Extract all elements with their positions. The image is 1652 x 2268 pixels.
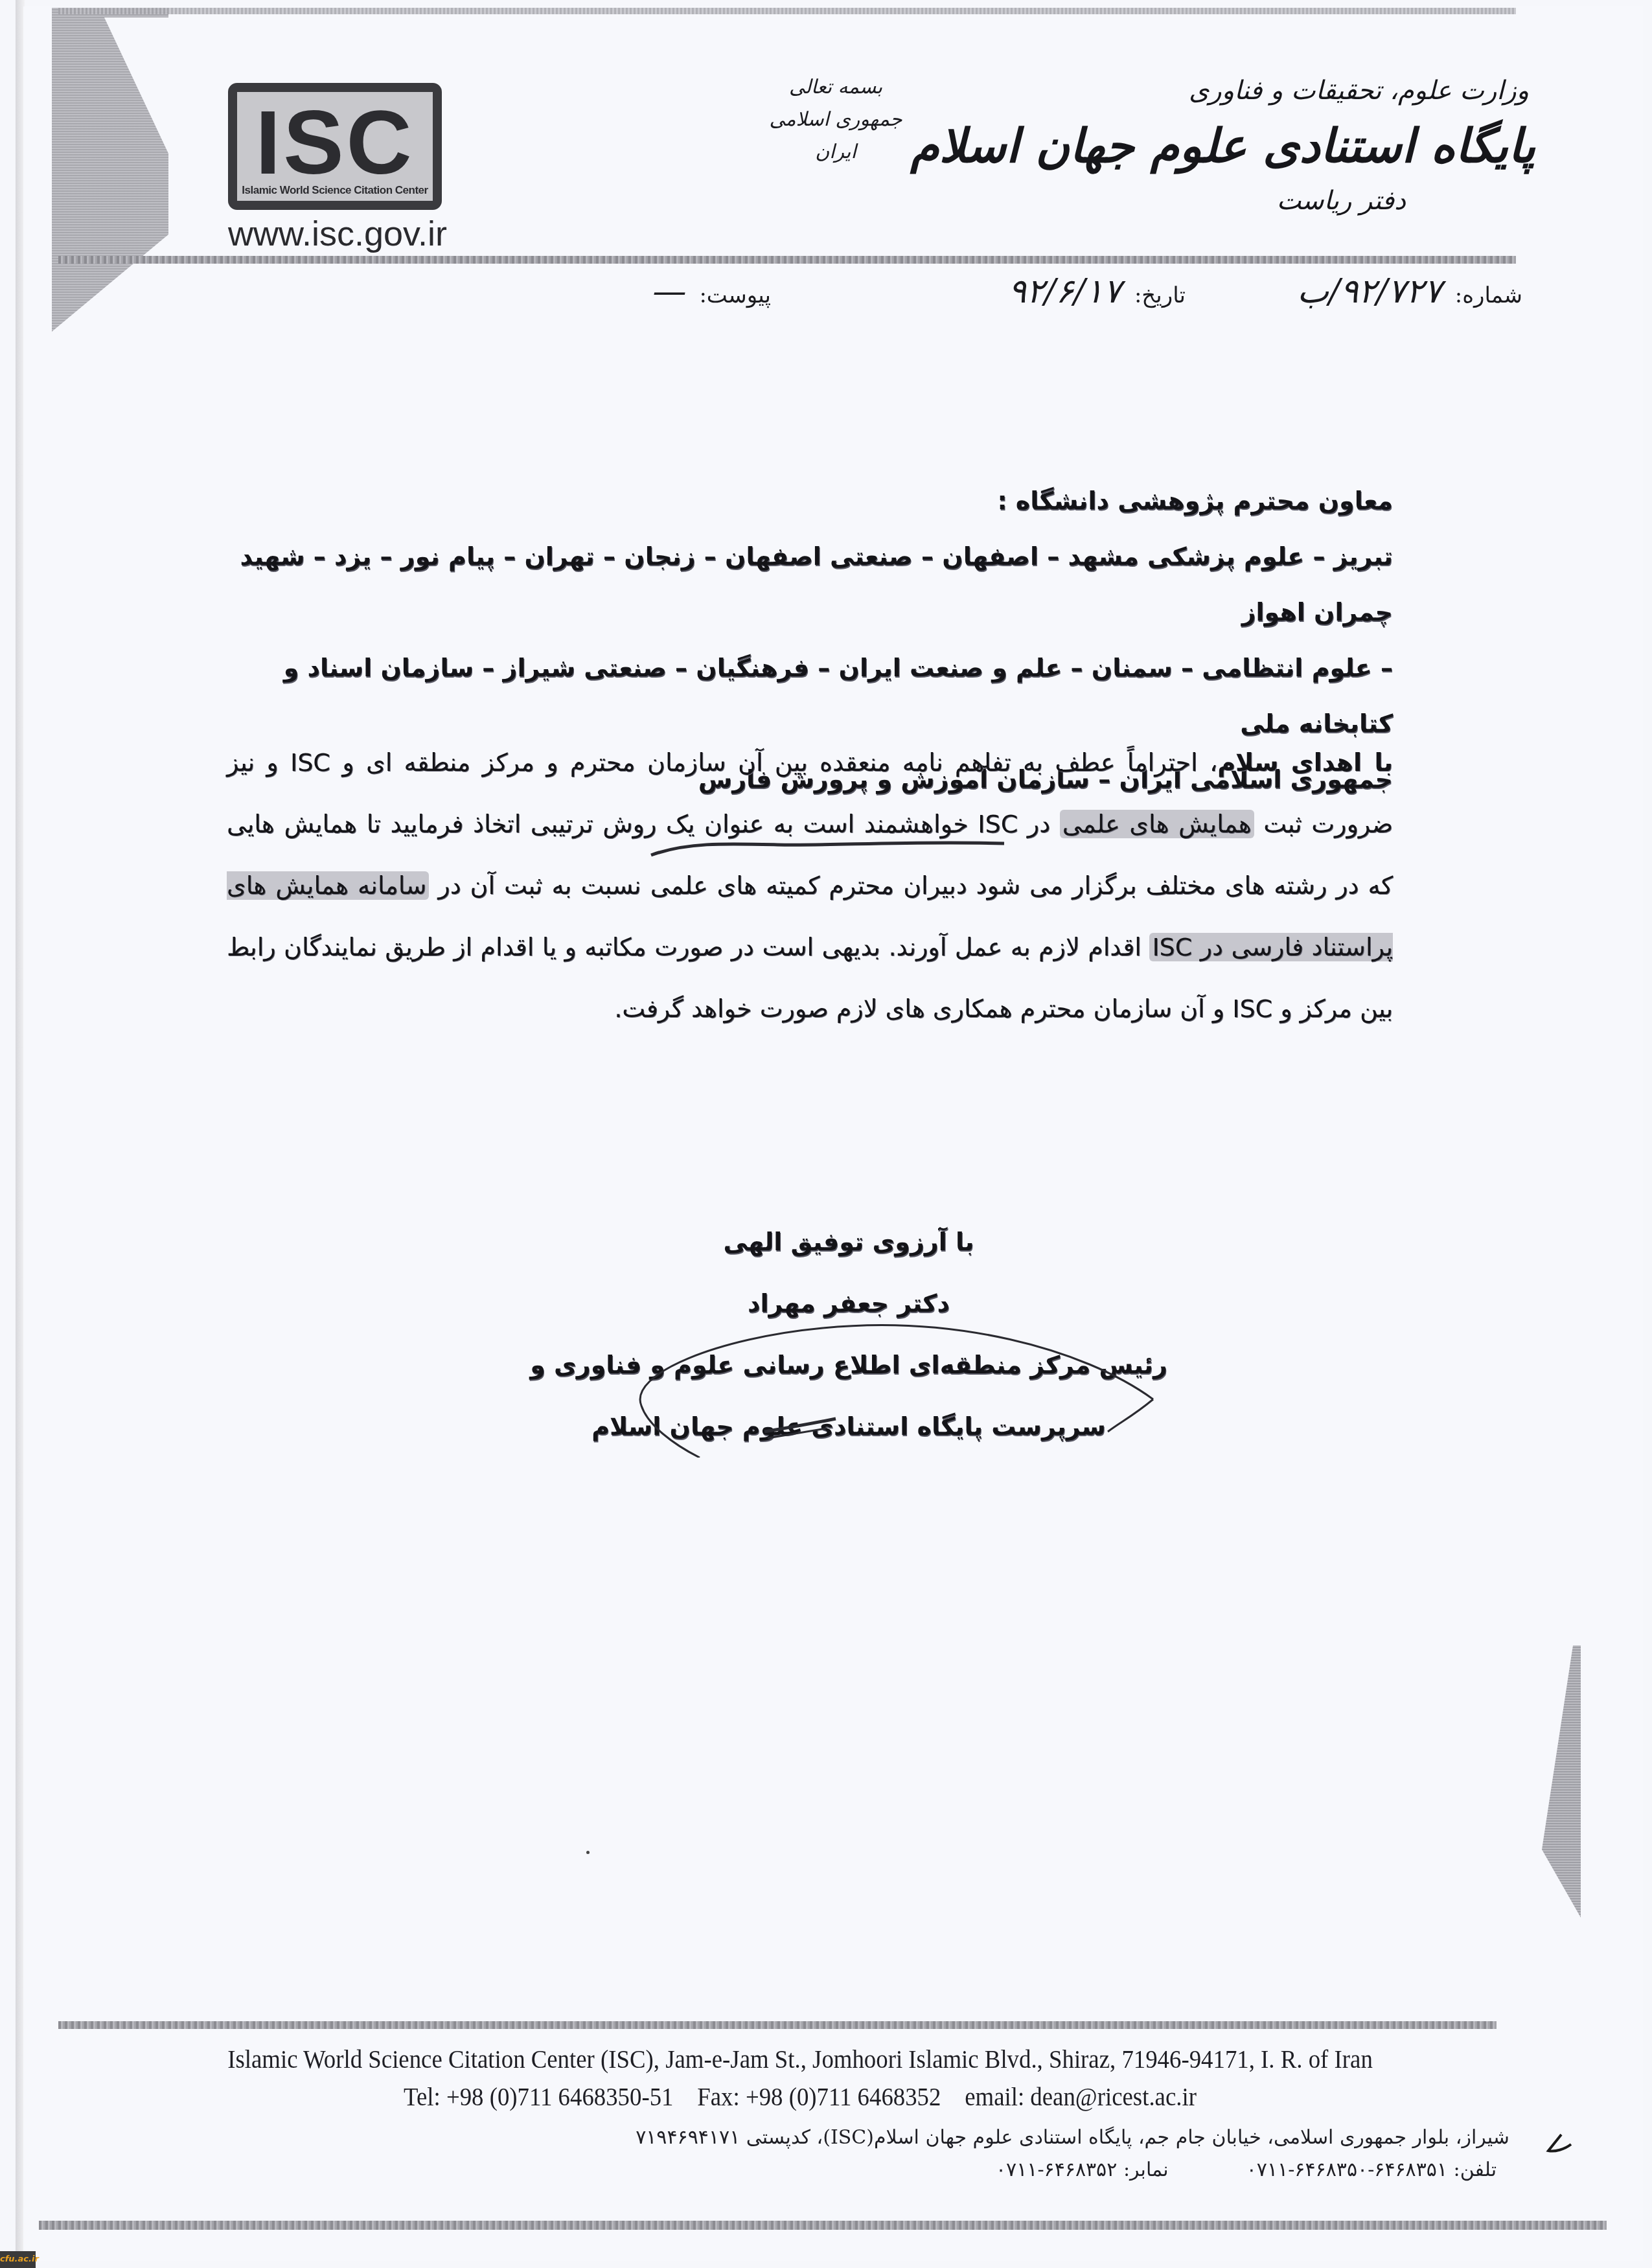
organization-name: پایگاه استنادی علوم جهان اسلام bbox=[910, 110, 1535, 181]
letter-body: با اهدای سلام، احتراماً عطف به تفاهم نام… bbox=[227, 732, 1393, 1040]
footer-phone-row-fa: تلفن: ۶۴۶۸۳۵۱-۶۴۶۸۳۵۰-۰۷۱۱ نمابر: ۶۴۶۸۳۵… bbox=[636, 2154, 1509, 2186]
footer-divider bbox=[58, 2021, 1497, 2029]
scan-speck bbox=[586, 1851, 590, 1854]
scan-shadow-top bbox=[58, 8, 1516, 14]
addressee-line-1: تبریز – علوم پزشکی مشهد – اصفهان – صنعتی… bbox=[227, 529, 1393, 640]
isc-logo: ISC Islamic World Science Citation Cente… bbox=[228, 83, 442, 210]
footer-fax-fa: نمابر: ۶۴۶۸۳۵۲-۰۷۱۱ bbox=[996, 2154, 1169, 2186]
ministry-name: وزارت علوم، تحقیقات و فناوری bbox=[910, 71, 1529, 110]
underline-mark bbox=[648, 836, 1011, 862]
highlighted-phrase-1: همایش های علمی bbox=[1060, 810, 1254, 838]
letter-meta: شماره: ۹۲/۷۲۷/ب تاریخ: ۹۲/۶/۱۷ پیوست: — bbox=[641, 272, 1522, 311]
attachment-value: — bbox=[652, 272, 686, 311]
letterhead-title: وزارت علوم، تحقیقات و فناوری پایگاه استن… bbox=[910, 71, 1535, 220]
bottom-scan-edge bbox=[39, 2221, 1607, 2230]
letter-date: تاریخ: ۹۲/۶/۱۷ bbox=[771, 272, 1186, 311]
header-divider bbox=[58, 256, 1516, 264]
number-label: شماره: bbox=[1455, 282, 1522, 308]
footer-english: Islamic World Science Citation Center (I… bbox=[159, 2041, 1441, 2116]
number-value: ۹۲/۷۲۷/ب bbox=[1297, 272, 1442, 311]
footer-persian: شیراز، بلوار جمهوری اسلامی، خیابان جام ج… bbox=[636, 2122, 1509, 2186]
letter-number: شماره: ۹۲/۷۲۷/ب bbox=[1186, 272, 1522, 311]
website-url: www.isc.gov.ir bbox=[228, 214, 448, 254]
logo-subtitle: Islamic World Science Citation Center bbox=[237, 184, 433, 197]
greeting: با اهدای سلام bbox=[1217, 748, 1393, 777]
footer-address-en: Islamic World Science Citation Center (I… bbox=[159, 2041, 1441, 2078]
date-value: ۹۲/۶/۱۷ bbox=[1008, 272, 1121, 311]
country-name: جمهوری اسلامی ایران bbox=[751, 104, 920, 168]
closing-wish: با آرزوی توفیق الهی bbox=[492, 1211, 1205, 1273]
footer-tel-fa: تلفن: ۶۴۶۸۳۵۱-۶۴۶۸۳۵۰-۰۷۱۱ bbox=[1246, 2154, 1497, 2186]
basmala-text: بسمه تعالی bbox=[751, 71, 920, 104]
letter-page bbox=[23, 6, 1643, 2261]
handwritten-corner-mark-icon bbox=[1542, 2131, 1574, 2157]
basmala-block: بسمه تعالی جمهوری اسلامی ایران bbox=[751, 71, 920, 168]
letter-attachment: پیوست: — bbox=[641, 272, 771, 311]
site-watermark: cfu.ac.ir bbox=[0, 2251, 36, 2268]
handwritten-signature bbox=[551, 1302, 1166, 1458]
footer-address-fa: شیراز، بلوار جمهوری اسلامی، خیابان جام ج… bbox=[636, 2122, 1509, 2154]
date-label: تاریخ: bbox=[1134, 282, 1186, 308]
office-name: دفتر ریاست bbox=[910, 181, 1406, 220]
logo-letters: ISC bbox=[237, 97, 433, 188]
attachment-label: پیوست: bbox=[699, 282, 771, 308]
footer-contact-en: Tel: +98 (0)711 6468350-51 Fax: +98 (0)7… bbox=[159, 2078, 1441, 2116]
addressee-title: معاون محترم پژوهشی دانشگاه : bbox=[227, 473, 1393, 529]
